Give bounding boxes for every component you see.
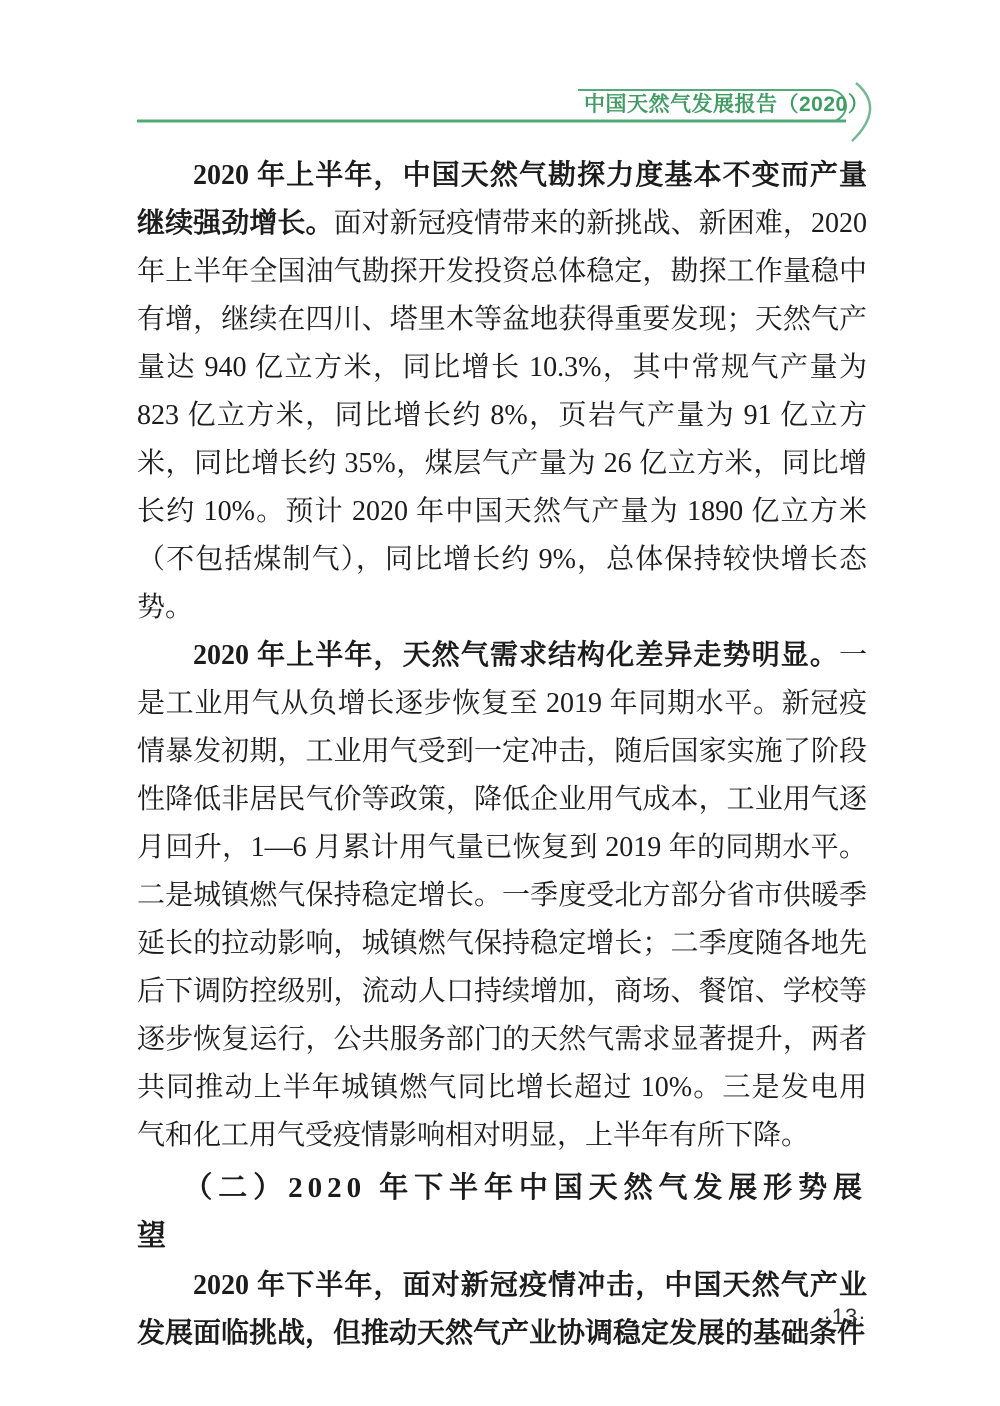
document-page: 中国天然气发展报告（2020） 2020 年上半年，中国天然气勘探力度基本不变而…: [0, 0, 1000, 1406]
page-footer: ·13·: [0, 1304, 1000, 1344]
paragraph-2-lead: 2020 年上半年，天然气需求结构化差异走势明显。: [193, 640, 839, 671]
report-title: 中国天然气发展报告（2020）: [584, 91, 846, 119]
page-header: 中国天然气发展报告（2020）: [0, 0, 1000, 150]
page-body: 2020 年上半年，中国天然气勘探力度基本不变而产量继续强劲增长。面对新冠疫情带…: [137, 152, 867, 1358]
paragraph-2: 2020 年上半年，天然气需求结构化差异走势明显。一是工业用气从负增长逐步恢复至…: [137, 632, 867, 1160]
paragraph-2-rest: 一是工业用气从负增长逐步恢复至 2019 年同期水平。新冠疫情暴发初期，工业用气…: [137, 640, 867, 1151]
paragraph-1: 2020 年上半年，中国天然气勘探力度基本不变而产量继续强劲增长。面对新冠疫情带…: [137, 152, 867, 632]
page-number: ·13·: [810, 1304, 880, 1330]
paragraph-1-rest: 面对新冠疫情带来的新挑战、新困难，2020 年上半年全国油气勘探开发投资总体稳定…: [137, 208, 867, 623]
section-heading: （二）2020 年下半年中国天然气发展形势展望: [137, 1164, 867, 1260]
header-rule-decoration: [0, 0, 1000, 150]
